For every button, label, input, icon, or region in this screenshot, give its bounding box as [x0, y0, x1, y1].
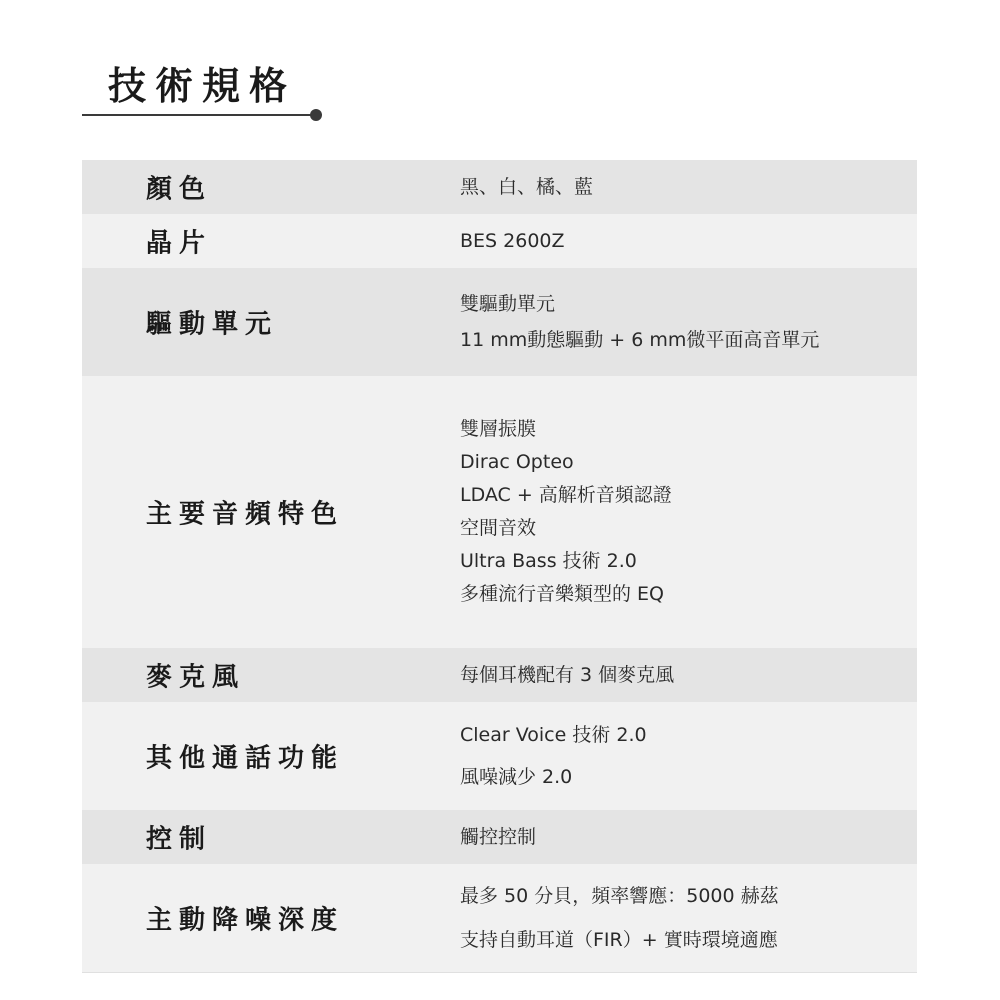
spec-values: BES 2600Z — [460, 224, 565, 258]
spec-values: 最多 50 分貝，頻率響應：5000 赫茲支持自動耳道（FIR）+ 實時環境適應 — [460, 874, 779, 962]
spec-row: 顏色黑、白、橘、藍 — [82, 160, 917, 214]
spec-values: 雙驅動單元11 mm動態驅動 + 6 mm微平面高音單元 — [460, 286, 819, 358]
spec-value: 支持自動耳道（FIR）+ 實時環境適應 — [460, 918, 779, 962]
spec-row: 主要音頻特色雙層振膜Dirac OpteoLDAC + 高解析音頻認證空間音效U… — [82, 376, 917, 648]
spec-row: 控制觸控控制 — [82, 810, 917, 864]
spec-values: 雙層振膜Dirac OpteoLDAC + 高解析音頻認證空間音效Ultra B… — [460, 413, 672, 611]
spec-label: 控制 — [146, 819, 212, 856]
spec-row: 其他通話功能Clear Voice 技術 2.0風噪減少 2.0 — [82, 702, 917, 810]
spec-value: 空間音效 — [460, 512, 672, 545]
title-underline — [82, 114, 314, 116]
spec-label: 驅動單元 — [146, 304, 278, 341]
spec-value: 雙驅動單元 — [460, 286, 819, 322]
spec-label: 晶片 — [146, 223, 212, 260]
spec-value: 多種流行音樂類型的 EQ — [460, 578, 672, 611]
title-underline-dot-icon — [310, 109, 322, 121]
page-title: 技術規格 — [108, 62, 296, 110]
spec-value: Ultra Bass 技術 2.0 — [460, 545, 672, 578]
spec-label: 主動降噪深度 — [146, 900, 344, 937]
spec-value: 雙層振膜 — [460, 413, 672, 446]
spec-label: 主要音頻特色 — [146, 494, 344, 531]
spec-label: 麥克風 — [146, 657, 245, 694]
spec-value: LDAC + 高解析音頻認證 — [460, 479, 672, 512]
spec-value: Clear Voice 技術 2.0 — [460, 714, 647, 756]
spec-value: 風噪減少 2.0 — [460, 756, 647, 798]
spec-value: 黑、白、橘、藍 — [460, 170, 593, 204]
spec-label: 顏色 — [146, 169, 212, 206]
spec-label: 其他通話功能 — [146, 738, 344, 775]
spec-values: 觸控控制 — [460, 820, 536, 854]
section-header: 技術規格 — [82, 58, 322, 122]
spec-row: 驅動單元雙驅動單元11 mm動態驅動 + 6 mm微平面高音單元 — [82, 268, 917, 376]
spec-values: Clear Voice 技術 2.0風噪減少 2.0 — [460, 714, 647, 798]
spec-value: 觸控控制 — [460, 820, 536, 854]
spec-values: 每個耳機配有 3 個麥克風 — [460, 658, 674, 692]
spec-value: 每個耳機配有 3 個麥克風 — [460, 658, 674, 692]
spec-value: Dirac Opteo — [460, 446, 672, 479]
spec-row: 主動降噪深度最多 50 分貝，頻率響應：5000 赫茲支持自動耳道（FIR）+ … — [82, 864, 917, 973]
spec-value: 最多 50 分貝，頻率響應：5000 赫茲 — [460, 874, 779, 918]
spec-table: 顏色黑、白、橘、藍晶片BES 2600Z驅動單元雙驅動單元11 mm動態驅動 +… — [82, 160, 917, 973]
spec-row: 晶片BES 2600Z — [82, 214, 917, 268]
spec-row: 麥克風每個耳機配有 3 個麥克風 — [82, 648, 917, 702]
spec-value: 11 mm動態驅動 + 6 mm微平面高音單元 — [460, 322, 819, 358]
spec-values: 黑、白、橘、藍 — [460, 170, 593, 204]
spec-value: BES 2600Z — [460, 224, 565, 258]
